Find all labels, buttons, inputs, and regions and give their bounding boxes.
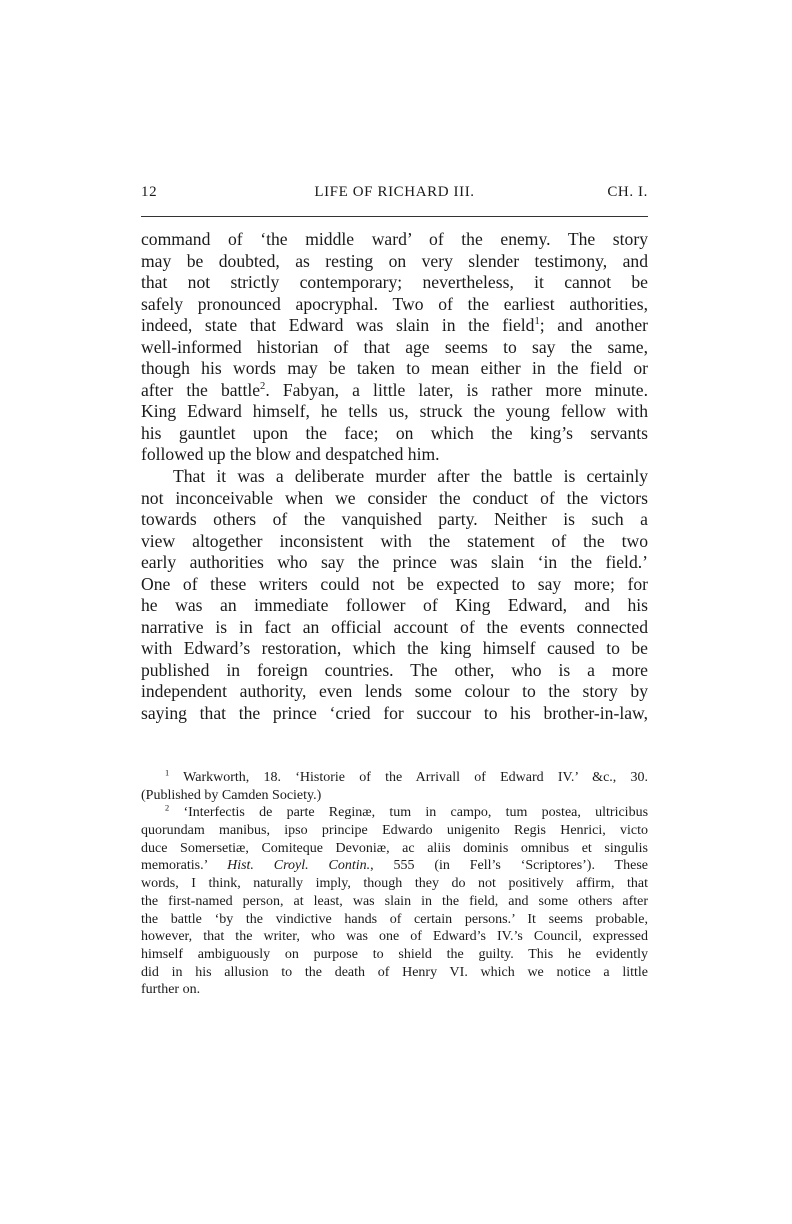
footnote-line: quorundam manibus, ipso principe Edwardo… [141,822,648,840]
body-line: That it was a deliberate murder after th… [141,466,648,488]
footnote-marker-2: 2 [165,804,169,813]
footnote-line: the battle ‘by the vindictive hands of c… [141,911,648,929]
body-line: after the battle2. Fabyan, a little late… [141,380,648,402]
body-line: published in foreign countries. The othe… [141,660,648,682]
footnote-2: 2 ‘Interfectis de parte Reginæ, tum in c… [141,804,648,822]
footnote-line: did in his allusion to the death of Henr… [141,964,648,982]
body-line: early authorities who say the prince was… [141,552,648,574]
chapter-label: CH. I. [607,184,648,201]
footnote-line: memoratis.’ Hist. Croyl. Contin., 555 (i… [141,857,648,875]
running-title: LIFE OF RICHARD III. [141,184,648,201]
body-line: with Edward’s restoration, which the kin… [141,638,648,660]
body-line: command of ‘the middle ward’ of the enem… [141,229,648,251]
footnote-marker-1: 1 [165,768,169,777]
body-line: One of these writers could not be expect… [141,574,648,596]
body-text: command of ‘the middle ward’ of the enem… [141,229,648,725]
citation-title: Hist. Croyl. Contin. [227,858,370,873]
footnote-line: further on. [141,981,648,999]
footnote-line: however, that the writer, who was one of… [141,928,648,946]
body-line: towards others of the vanquished party. … [141,509,648,531]
body-line: not inconceivable when we consider the c… [141,488,648,510]
body-line: though his words may be taken to mean ei… [141,358,648,380]
footnote-line: (Published by Camden Society.) [141,787,648,805]
body-line: his gauntlet upon the face; on which the… [141,423,648,445]
body-line: well-informed historian of that age seem… [141,337,648,359]
header-rule [141,216,648,217]
body-line: he was an immediate follower of King Edw… [141,595,648,617]
body-line: saying that the prince ‘cried for succou… [141,703,648,725]
body-line: independent authority, even lends some c… [141,681,648,703]
body-line: King Edward himself, he tells us, struck… [141,401,648,423]
body-line: followed up the blow and despatched him. [141,444,648,466]
body-line: may be doubted, as resting on very slend… [141,251,648,273]
body-line: indeed, state that Edward was slain in t… [141,315,648,337]
body-line: that not strictly contemporary; neverthe… [141,272,648,294]
body-line: safely pronounced apocryphal. Two of the… [141,294,648,316]
running-head: 12 LIFE OF RICHARD III. CH. I. [141,184,648,204]
body-line: view altogether inconsistent with the st… [141,531,648,553]
footnote-1: 1 Warkworth, 18. ‘Historie of the Arriva… [141,769,648,787]
footnote-line: duce Somersetiæ, Comiteque Devoniæ, ac a… [141,840,648,858]
footnotes: 1 Warkworth, 18. ‘Historie of the Arriva… [141,769,648,999]
body-line: narrative is in fact an official account… [141,617,648,639]
footnote-line: words, I think, naturally imply, though … [141,875,648,893]
footnote-line: himself ambiguously on purpose to shield… [141,946,648,964]
footnote-line: the first-named person, at least, was sl… [141,893,648,911]
